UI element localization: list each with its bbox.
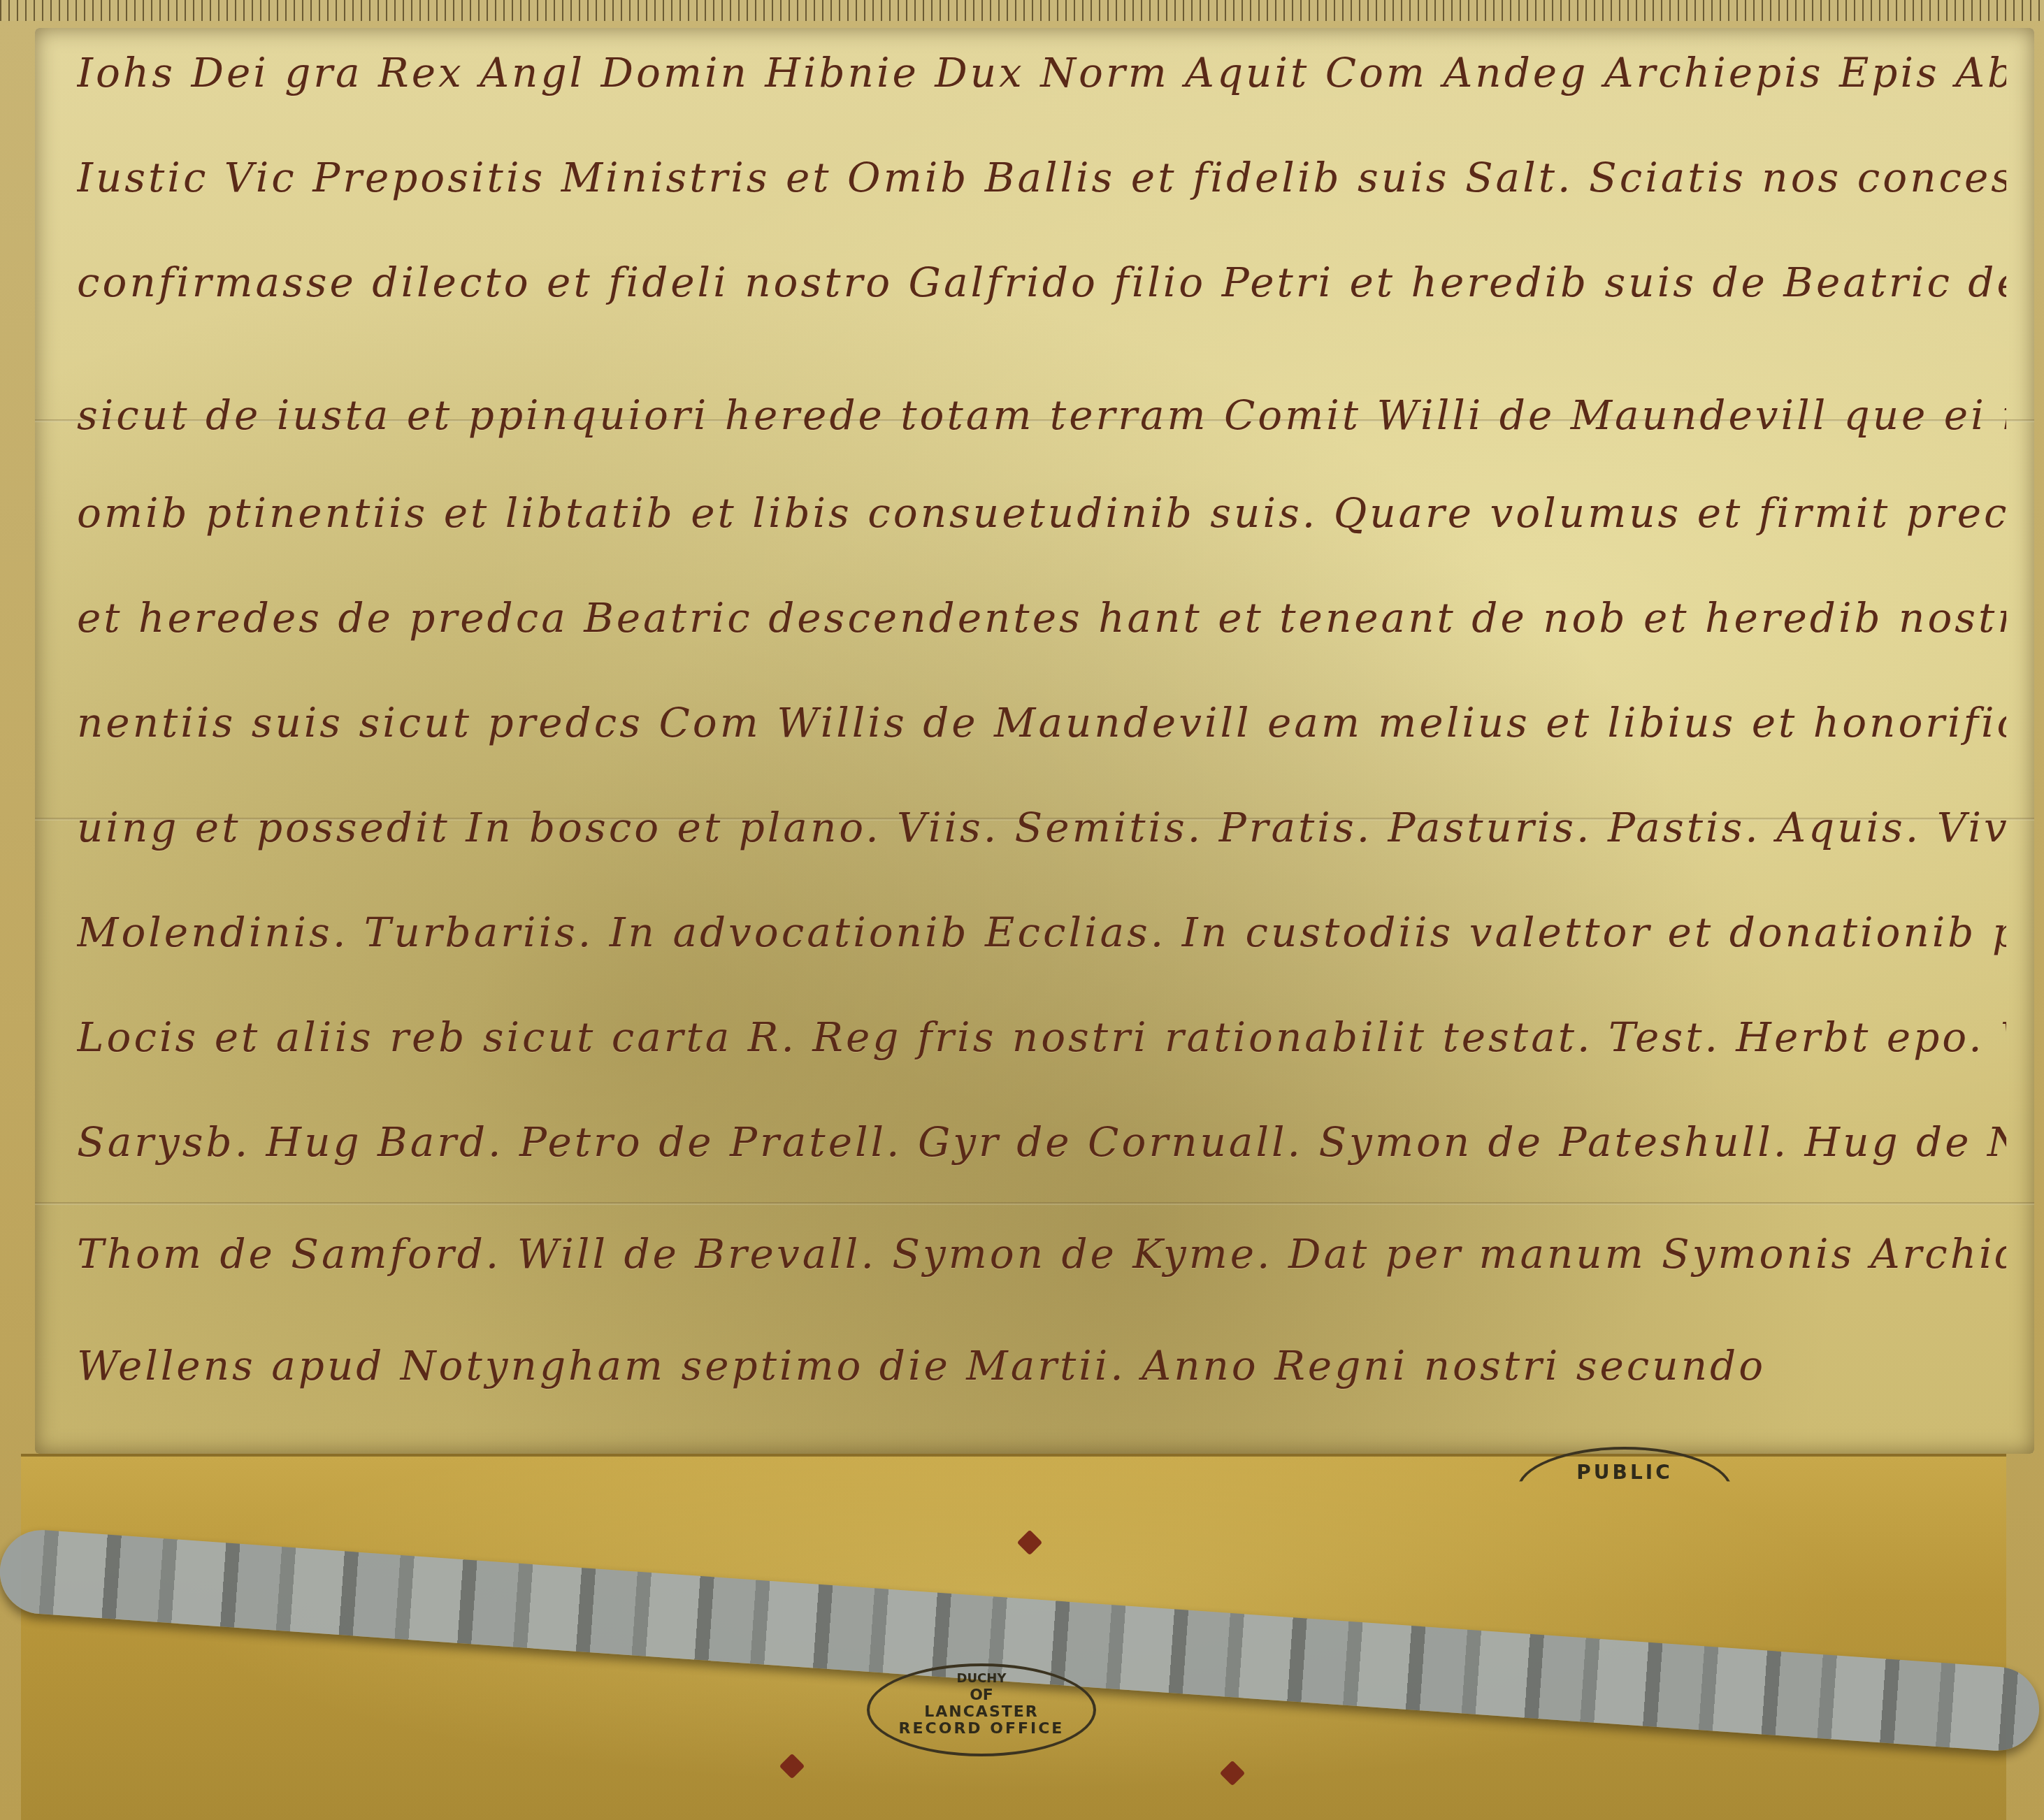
duchy-lancaster-stamp: DUCHY OF LANCASTER RECORD OFFICE — [867, 1663, 1096, 1756]
script-line-3: confirmasse dilecto et fideli nostro Gal… — [77, 259, 2006, 306]
stamp-text: PUBLIC — [1520, 1461, 1729, 1484]
script-line-6: et heredes de predca Beatric descendente… — [77, 594, 2006, 642]
stamp-text: RECORD OFFICE — [870, 1721, 1093, 1738]
script-line-7: nentiis suis sicut predcs Com Willis de … — [77, 699, 2006, 746]
charter-parchment: Iohs Dei gra Rex Angl Domin Hibnie Dux N… — [35, 28, 2034, 1454]
script-line-9: Molendinis. Turbariis. In advocationib E… — [77, 909, 2006, 956]
fold-line — [35, 1202, 2034, 1205]
script-line-2: Iustic Vic Prepositis Ministris et Omib … — [77, 154, 2006, 201]
stamp-text: LANCASTER — [870, 1704, 1093, 1721]
script-line-4: sicut de iusta et ppinquiori herede tota… — [77, 391, 2006, 439]
script-line-10: Locis et aliis reb sicut carta R. Reg fr… — [77, 1013, 2006, 1061]
script-line-1: Iohs Dei gra Rex Angl Domin Hibnie Dux N… — [77, 49, 2006, 96]
script-line-13: Wellens apud Notyngham septimo die Marti… — [77, 1342, 2006, 1389]
seal-slit — [779, 1754, 805, 1779]
seal-slit — [1220, 1761, 1246, 1786]
seal-slit — [1017, 1530, 1043, 1556]
script-line-12: Thom de Samford. Will de Brevall. Symon … — [77, 1230, 2006, 1278]
measuring-ruler — [0, 0, 2044, 23]
script-line-11: Sarysb. Hug Bard. Petro de Pratell. Gyr … — [77, 1118, 2006, 1166]
script-line-8: uing et possedit In bosco et plano. Viis… — [77, 804, 2006, 851]
stamp-text: DUCHY — [870, 1670, 1093, 1687]
script-line-5: omib ptinentiis et libtatib et libis con… — [77, 489, 2006, 537]
stamp-text: OF — [870, 1687, 1093, 1704]
